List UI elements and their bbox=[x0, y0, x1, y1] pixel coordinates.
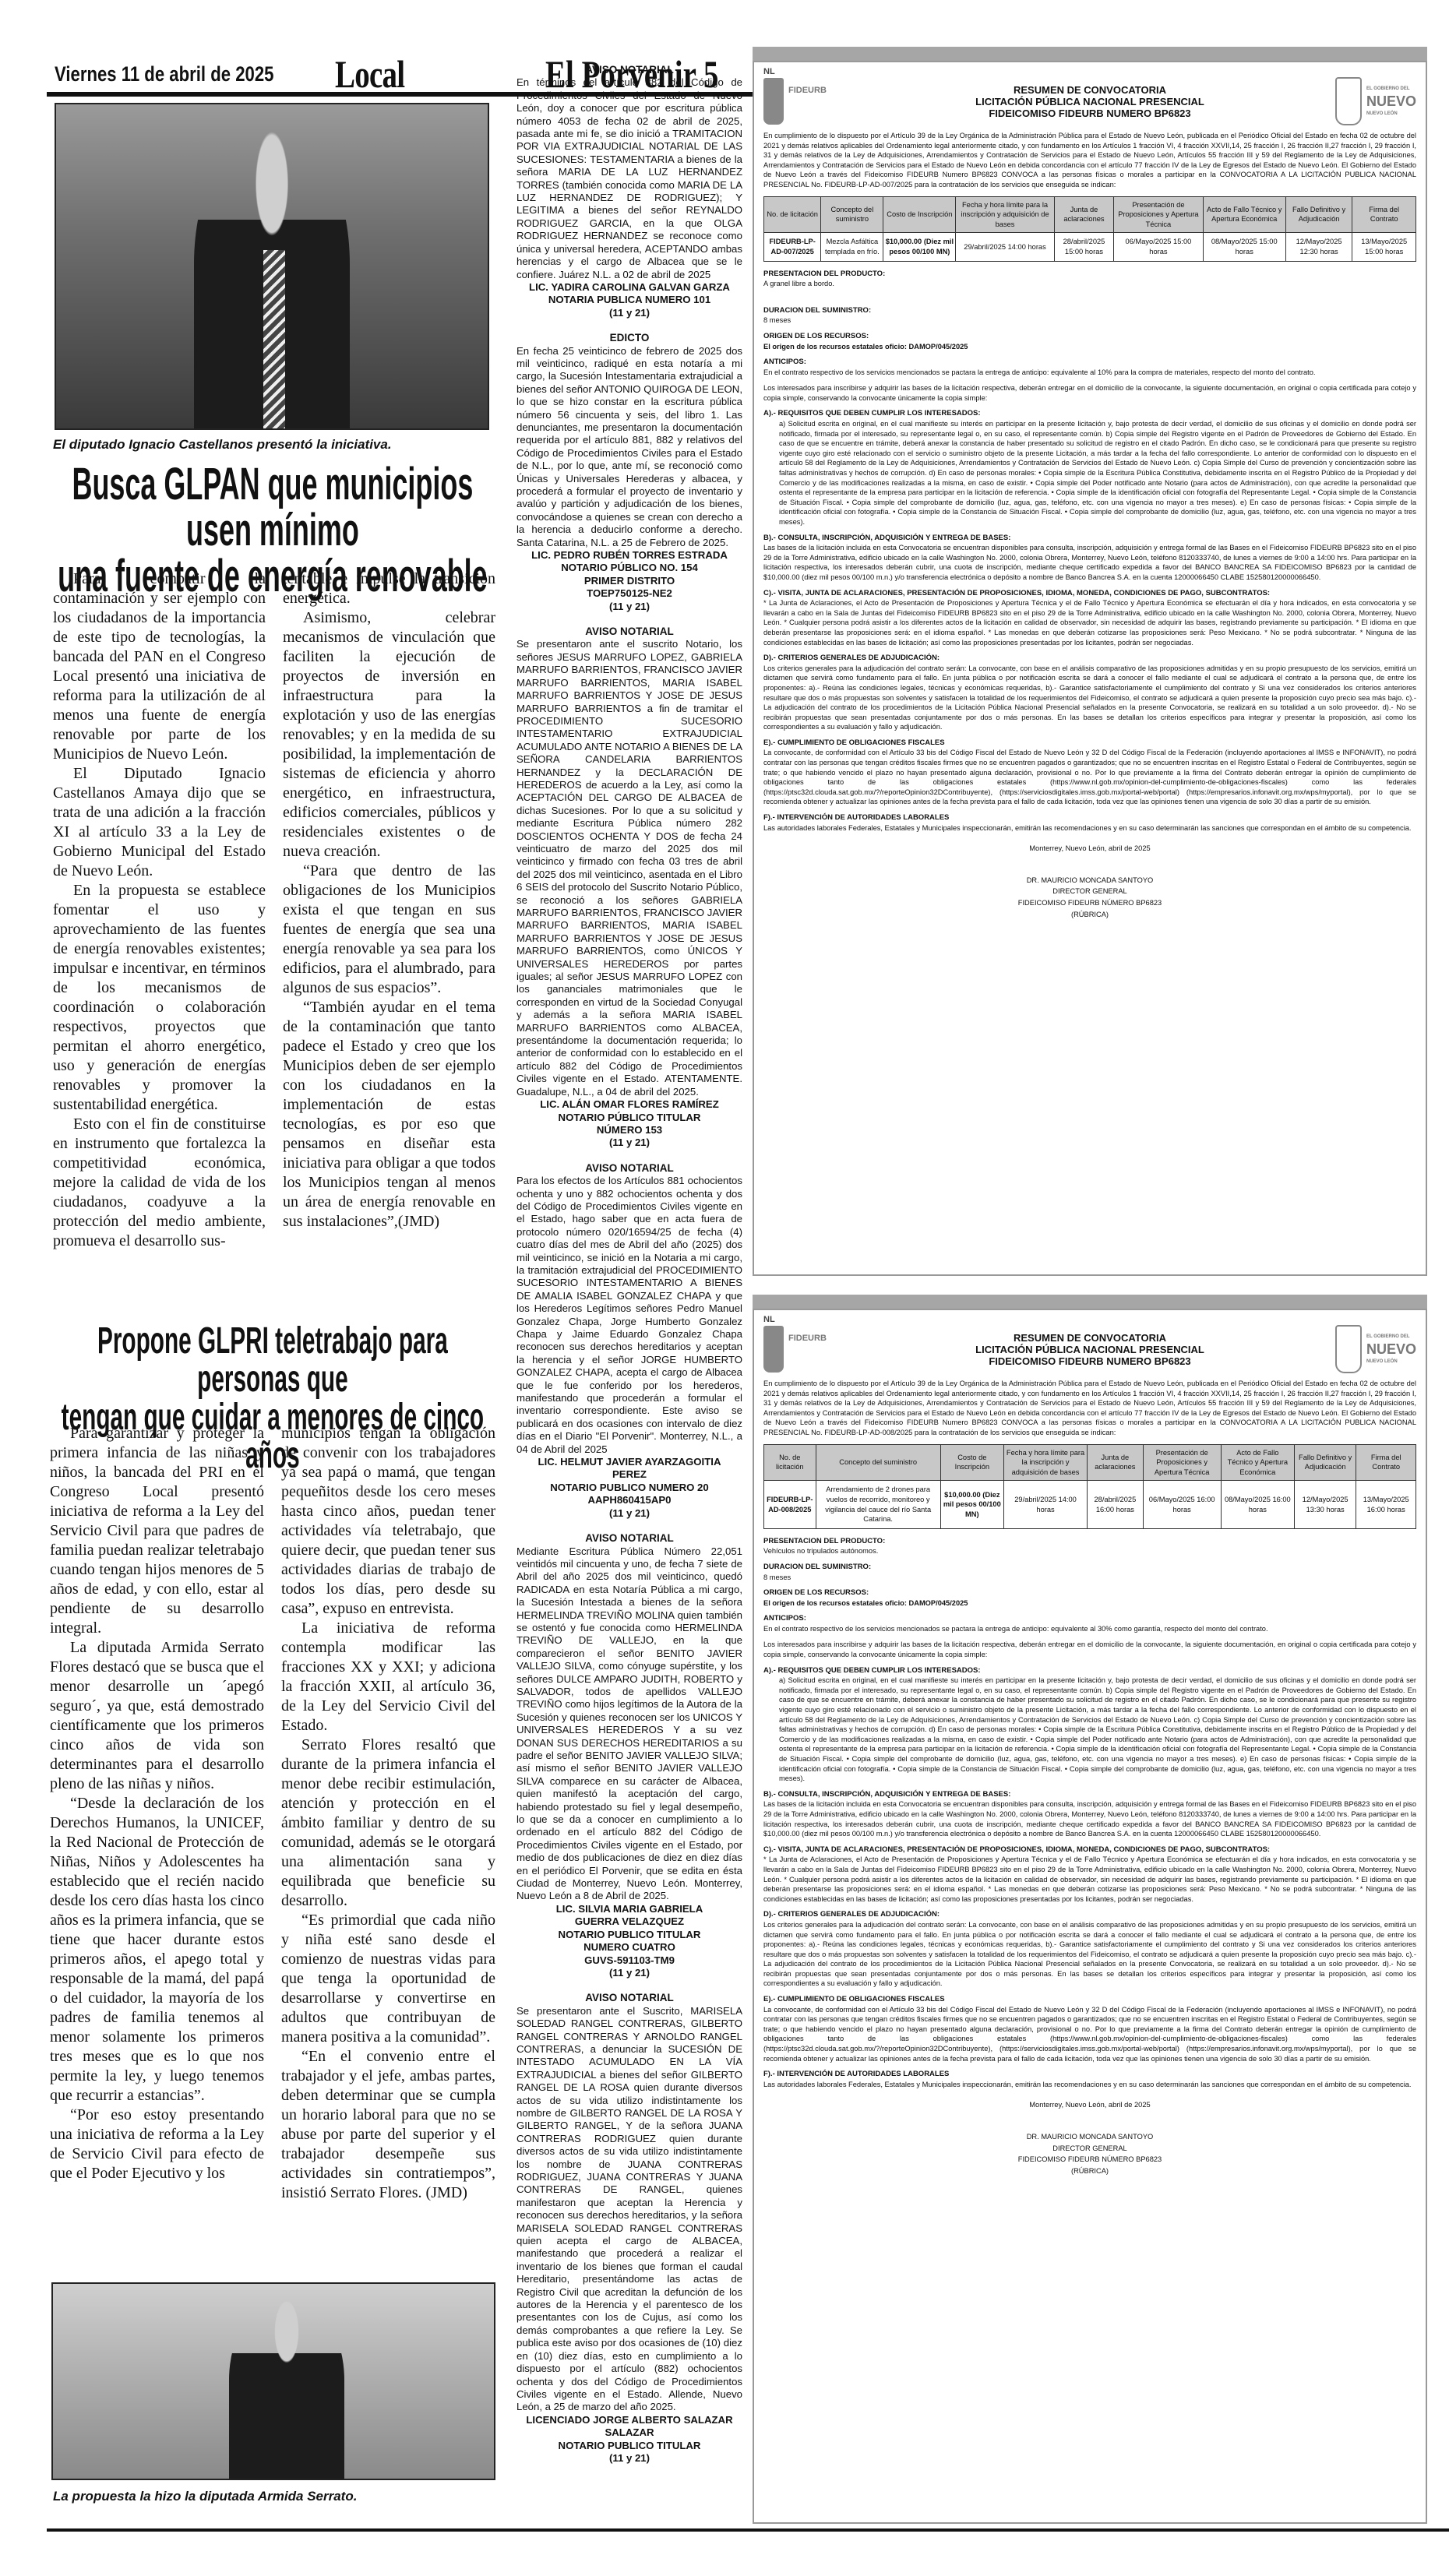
section-text: Las autoridades laborales Federales, Est… bbox=[763, 823, 1416, 833]
paragraph: La iniciativa de reforma contempla modif… bbox=[281, 1619, 495, 1736]
lion-shield-icon bbox=[763, 78, 784, 125]
signer-org: FIDEICOMISO FIDEURB NÚMERO BP6823 bbox=[763, 2155, 1416, 2165]
notice-item: EDICTO En fecha 25 veinticinco de febrer… bbox=[516, 332, 742, 613]
notice-item: AVISO NOTARIAL Para los efectos de los A… bbox=[516, 1162, 742, 1520]
section-text: Vehículos no tripulados autónomos. bbox=[763, 1546, 1416, 1556]
cell: Arrendamiento de 2 drones para vuelos de… bbox=[816, 1481, 940, 1528]
title-line: RESUMEN DE CONVOCATORIA bbox=[975, 84, 1204, 96]
paragraph: “Es primordial que cada niño y niña esté… bbox=[281, 1911, 495, 2047]
convocatoria-box: FIDEURB RESUMEN DE CONVOCATORIA LICITACI… bbox=[753, 1309, 1427, 2524]
gobierno-nl-logo: EL GOBIERNO DELNUEVONUEVO LEÓN bbox=[1292, 1325, 1416, 1373]
paragraph: Serrato Flores resaltó que durante de la… bbox=[281, 1736, 495, 1911]
convocatoria-ad-007: FIDEURB RESUMEN DE CONVOCATORIA LICITACI… bbox=[753, 47, 1427, 1276]
notice-body: Se presentaron ante el Suscrito, MARISEL… bbox=[516, 2005, 742, 2414]
signature-block: Monterrey, Nuevo León, abril de 2025 DR.… bbox=[763, 844, 1416, 919]
col-header: Acto de Fallo Técnico y Apertura Económi… bbox=[1203, 196, 1285, 233]
col-header: Fallo Definitivo y Adjudicación bbox=[1294, 1444, 1356, 1481]
gobierno-nl-logo: EL GOBIERNO DELNUEVONUEVO LEÓN bbox=[1292, 77, 1416, 125]
intro-text: En cumplimiento de lo dispuesto por el A… bbox=[763, 131, 1416, 190]
col-header: No. de licitación bbox=[764, 1444, 816, 1481]
paragraph: En la propuesta se establece fomentar el… bbox=[53, 881, 266, 1115]
col-header: Fecha y hora límite para la inscripción … bbox=[1003, 1444, 1087, 1481]
cell: 29/abril/2025 14:00 horas bbox=[1003, 1481, 1087, 1528]
article1-body: Para combatir la contaminación y ser eje… bbox=[53, 569, 495, 1251]
section-label: PRESENTACION DEL PRODUCTO: bbox=[763, 1537, 1416, 1547]
state-crest-icon bbox=[1335, 1325, 1362, 1373]
title-line: FIDEICOMISO FIDEURB NUMERO BP6823 bbox=[975, 107, 1204, 119]
section-text: 8 meses bbox=[763, 315, 1416, 326]
cell: FIDEURB-LP-AD-008/2025 bbox=[764, 1481, 816, 1528]
photo-caption: La propuesta la hizo la diputada Armida … bbox=[53, 2489, 489, 2504]
section-text: La convocante, de conformidad con el Art… bbox=[763, 748, 1416, 807]
section-label: ORIGEN DE LOS RECURSOS: bbox=[763, 332, 1416, 342]
table-row: FIDEURB-LP-AD-007/2025 Mezcla Asfáltica … bbox=[764, 233, 1416, 261]
paragraph: “También ayudar en el tema de la contami… bbox=[283, 998, 495, 1232]
paragraph: Esto con el fin de constituirse en instr… bbox=[53, 1115, 266, 1251]
section-label: D).- CRITERIOS GENERALES DE ADJUDICACIÓN… bbox=[763, 654, 1416, 664]
notice-body: En términos del artículo 882 del Código … bbox=[516, 76, 742, 281]
paragraph: La diputada Armida Serrato Flores destac… bbox=[50, 1638, 264, 1794]
col-header: Fallo Definitivo y Adjudicación bbox=[1285, 196, 1352, 233]
table-header-row: No. de licitación Concepto del suministr… bbox=[764, 196, 1416, 233]
col-header: Junta de aclaraciones bbox=[1088, 1444, 1143, 1481]
section-label: B).- CONSULTA, INSCRIPCIÓN, ADQUISICIÓN … bbox=[763, 534, 1416, 544]
section-text: Los interesados para inscribirse y adqui… bbox=[763, 383, 1416, 403]
state-crest-icon bbox=[1335, 77, 1362, 125]
section-text: * La Junta de Aclaraciones, el Acto de P… bbox=[763, 1855, 1416, 1904]
paragraph: “Para que dentro de las obligaciones de … bbox=[283, 862, 495, 998]
section-text: 8 meses bbox=[763, 1573, 1416, 1583]
section-name: Local bbox=[335, 51, 404, 97]
article1-col1: Para combatir la contaminación y ser eje… bbox=[53, 569, 266, 1251]
article1-col2: tentable e impulse la transición energét… bbox=[283, 569, 495, 1251]
section-label: A).- REQUISITOS QUE DEBEN CUMPLIR LOS IN… bbox=[763, 409, 1416, 419]
fideurb-label: FIDEURB bbox=[788, 1334, 827, 1344]
section-text: La convocante, de conformidad con el Art… bbox=[763, 2005, 1416, 2064]
section-label: PRESENTACION DEL PRODUCTO: bbox=[763, 270, 1416, 280]
col-header: Firma del Contrato bbox=[1356, 1444, 1416, 1481]
cell: 29/abril/2025 14:00 horas bbox=[956, 233, 1055, 261]
col-header: Costo de Inscripción bbox=[940, 1444, 1003, 1481]
title-line: FIDEICOMISO FIDEURB NUMERO BP6823 bbox=[975, 1355, 1204, 1367]
cell: 13/Mayo/2025 16:00 horas bbox=[1356, 1481, 1416, 1528]
convocatoria-title: RESUMEN DE CONVOCATORIA LICITACIÓN PÚBLI… bbox=[975, 1332, 1204, 1367]
nuevo-logo-text: EL GOBIERNO DELNUEVONUEVO LEÓN bbox=[1366, 83, 1416, 120]
section-label: E).- CUMPLIMIENTO DE OBLIGACIONES FISCAL… bbox=[763, 1995, 1416, 2005]
cell: FIDEURB-LP-AD-007/2025 bbox=[764, 233, 821, 261]
notice-body: Se presentaron ante el suscrito Notario,… bbox=[516, 638, 742, 1098]
col-header: Acto de Fallo Técnico y Apertura Económi… bbox=[1221, 1444, 1294, 1481]
signer-org: FIDEICOMISO FIDEURB NÚMERO BP6823 bbox=[763, 898, 1416, 908]
notice-title: AVISO NOTARIAL bbox=[516, 64, 742, 76]
issue-date: Viernes 11 de abril de 2025 bbox=[55, 62, 273, 86]
notice-title: EDICTO bbox=[516, 332, 742, 344]
paragraph: tentable e impulse la transición energét… bbox=[283, 569, 495, 608]
signature-block: Monterrey, Nuevo León, abril de 2025 DR.… bbox=[763, 2100, 1416, 2176]
notice-signature: LIC. PEDRO RUBÉN TORRES ESTRADA NOTARIO … bbox=[516, 549, 742, 613]
cell: Mezcla Asfáltica templada en frío. bbox=[821, 233, 883, 261]
section-label: D).- CRITERIOS GENERALES DE ADJUDICACIÓN… bbox=[763, 1910, 1416, 1920]
section-text: En el contrato respectivo de los servici… bbox=[763, 368, 1416, 378]
place-date: Monterrey, Nuevo León, abril de 2025 bbox=[763, 844, 1416, 854]
article2-col1: Para garantizar y proteger la primera in… bbox=[50, 1424, 264, 2203]
licitacion-table: No. de licitación Concepto del suministr… bbox=[763, 196, 1416, 262]
logo-main: NUEVO bbox=[1366, 1341, 1416, 1357]
notice-item: AVISO NOTARIAL Mediante Escritura Públic… bbox=[516, 1532, 742, 1979]
col-header: Presentación de Proposiciones y Apertura… bbox=[1143, 1444, 1221, 1481]
signer-name: DR. MAURICIO MONCADA SANTOYO bbox=[763, 876, 1416, 886]
nuevo-logo-text: EL GOBIERNO DELNUEVONUEVO LEÓN bbox=[1366, 1330, 1416, 1368]
cell: $10,000.00 (Diez mil pesos 00/100 MN) bbox=[883, 233, 956, 261]
paragraph: Asimismo, celebrar mecanismos de vincula… bbox=[283, 608, 495, 862]
cell: 12/Mayo/2025 12:30 horas bbox=[1285, 233, 1352, 261]
col-header: Firma del Contrato bbox=[1352, 196, 1416, 233]
section-text: Los criterios generales para la adjudica… bbox=[763, 1920, 1416, 1989]
signer-note: (RÚBRICA) bbox=[763, 910, 1416, 920]
header-bar bbox=[753, 1295, 1427, 1309]
photo-caption: El diputado Ignacio Castellanos presentó… bbox=[53, 437, 489, 453]
notice-body: En fecha 25 veinticinco de febrero de 20… bbox=[516, 345, 742, 550]
article2-col2: municipios tengan la obligación de conve… bbox=[281, 1424, 495, 2203]
notice-signature: LICENCIADO JORGE ALBERTO SALAZAR SALAZAR… bbox=[516, 2414, 742, 2465]
section-text: a) Solicitud escrita en original, en el … bbox=[763, 1676, 1416, 1784]
signer-role: DIRECTOR GENERAL bbox=[763, 2144, 1416, 2154]
photo-ignacio-castellanos bbox=[55, 103, 489, 430]
section-label: C).- VISITA, JUNTA DE ACLARACIONES, PRES… bbox=[763, 1845, 1416, 1855]
fideurb-logo: FIDEURB bbox=[763, 78, 888, 125]
cell: 28/abril/2025 15:00 horas bbox=[1054, 233, 1113, 261]
section-text: * La Junta de Aclaraciones, el Acto de P… bbox=[763, 598, 1416, 647]
notice-signature: LIC. YADIRA CAROLINA GALVAN GARZA NOTARI… bbox=[516, 281, 742, 319]
section-label: B).- CONSULTA, INSCRIPCIÓN, ADQUISICIÓN … bbox=[763, 1790, 1416, 1800]
paragraph: El Diputado Ignacio Castellanos Amaya di… bbox=[53, 764, 266, 881]
notice-body: Para los efectos de los Artículos 881 oc… bbox=[516, 1175, 742, 1456]
section-label: ANTICIPOS: bbox=[763, 358, 1416, 368]
section-text: A granel libre a bordo. bbox=[763, 279, 1416, 289]
signer-name: DR. MAURICIO MONCADA SANTOYO bbox=[763, 2132, 1416, 2142]
cell: 08/Mayo/2025 16:00 horas bbox=[1221, 1481, 1294, 1528]
section-label: C).- VISITA, JUNTA DE ACLARACIONES, PRES… bbox=[763, 589, 1416, 599]
cell: 06/Mayo/2025 15:00 horas bbox=[1114, 233, 1204, 261]
section-label: DURACION DEL SUMINISTRO: bbox=[763, 1563, 1416, 1573]
section-text: a) Solicitud escrita en original, en el … bbox=[763, 419, 1416, 527]
notice-title: AVISO NOTARIAL bbox=[516, 1992, 742, 2004]
notice-signature: LIC. SILVIA MARIA GABRIELA GUERRA VELAZQ… bbox=[516, 1903, 742, 1979]
licitacion-table: No. de licitación Concepto del suministr… bbox=[763, 1444, 1416, 1529]
legal-notices-column: AVISO NOTARIAL En términos del artículo … bbox=[516, 64, 742, 2477]
notice-signature: LIC. HELMUT JAVIER AYARZAGOITIA PEREZ NO… bbox=[516, 1456, 742, 1520]
section-text: Las bases de la licitación incluida en e… bbox=[763, 1799, 1416, 1838]
section-text: Las autoridades laborales Federales, Est… bbox=[763, 2080, 1416, 2090]
logo-main: NUEVO bbox=[1366, 93, 1416, 109]
cell: $10,000.00 (Diez mil pesos 00/100 MN) bbox=[940, 1481, 1003, 1528]
notice-body: Mediante Escritura Pública Número 22,051… bbox=[516, 1545, 742, 1903]
convocatoria-title: RESUMEN DE CONVOCATORIA LICITACIÓN PÚBLI… bbox=[975, 84, 1204, 119]
col-header: Concepto del suministro bbox=[821, 196, 883, 233]
notice-title: AVISO NOTARIAL bbox=[516, 1532, 742, 1545]
table-header-row: No. de licitación Concepto del suministr… bbox=[764, 1444, 1416, 1481]
section-text: En el contrato respectivo de los servici… bbox=[763, 1624, 1416, 1634]
paragraph: Para combatir la contaminación y ser eje… bbox=[53, 569, 266, 764]
place-date: Monterrey, Nuevo León, abril de 2025 bbox=[763, 2100, 1416, 2110]
convocatoria-header: FIDEURB RESUMEN DE CONVOCATORIA LICITACI… bbox=[763, 72, 1416, 131]
section-text: Las bases de la licitación incluida en e… bbox=[763, 543, 1416, 582]
cell: 12/Mayo/2025 13:30 horas bbox=[1294, 1481, 1356, 1528]
section-text: Los criterios generales para la adjudica… bbox=[763, 664, 1416, 732]
paragraph: “Por eso estoy presentando una iniciativ… bbox=[50, 2106, 264, 2183]
section-label: ORIGEN DE LOS RECURSOS: bbox=[763, 1588, 1416, 1598]
logo-sub: NUEVO LEÓN bbox=[1366, 107, 1416, 120]
section-label: ANTICIPOS: bbox=[763, 1614, 1416, 1624]
col-header: Fecha y hora límite para la inscripción … bbox=[956, 196, 1055, 233]
title-line: LICITACIÓN PÚBLICA NACIONAL PRESENCIAL bbox=[975, 1344, 1204, 1355]
convocatoria-header: FIDEURB RESUMEN DE CONVOCATORIA LICITACI… bbox=[763, 1320, 1416, 1379]
footer-rule bbox=[47, 2528, 1449, 2532]
convocatoria-ad-008: FIDEURB RESUMEN DE CONVOCATORIA LICITACI… bbox=[753, 1295, 1427, 2524]
cell: 13/Mayo/2025 15:00 horas bbox=[1352, 233, 1416, 261]
section-text: El origen de los recursos estatales ofic… bbox=[763, 1598, 1416, 1609]
signer-role: DIRECTOR GENERAL bbox=[763, 886, 1416, 897]
section-label: F).- INTERVENCIÓN DE AUTORIDADES LABORAL… bbox=[763, 813, 1416, 823]
section-text: El origen de los recursos estatales ofic… bbox=[763, 342, 1416, 352]
article2-body: Para garantizar y proteger la primera in… bbox=[50, 1424, 495, 2203]
headline-line1: Propone GLPRI teletrabajo para personas … bbox=[48, 1323, 499, 1399]
fideurb-label: FIDEURB bbox=[788, 86, 827, 96]
notice-title: AVISO NOTARIAL bbox=[516, 1162, 742, 1175]
person-figure bbox=[229, 2299, 344, 2479]
intro-text: En cumplimiento de lo dispuesto por el A… bbox=[763, 1379, 1416, 1438]
paragraph: “En el convenio entre el trabajador y el… bbox=[281, 2047, 495, 2203]
col-header: Costo de Inscripción bbox=[883, 196, 956, 233]
fideurb-logo: FIDEURB bbox=[763, 1326, 888, 1373]
cell: 08/Mayo/2025 15:00 horas bbox=[1203, 233, 1285, 261]
paragraph: municipios tengan la obligación de conve… bbox=[281, 1424, 495, 1619]
title-line: RESUMEN DE CONVOCATORIA bbox=[975, 1332, 1204, 1344]
paragraph: Para garantizar y proteger la primera in… bbox=[50, 1424, 264, 1638]
notice-item: AVISO NOTARIAL En términos del artículo … bbox=[516, 64, 742, 319]
headline-line1: Busca GLPAN que municipios usen mínimo bbox=[48, 461, 499, 553]
notice-item: AVISO NOTARIAL Se presentaron ante el su… bbox=[516, 625, 742, 1150]
section-text: Los interesados para inscribirse y adqui… bbox=[763, 1640, 1416, 1659]
notice-item: AVISO NOTARIAL Se presentaron ante el Su… bbox=[516, 1992, 742, 2465]
title-line: LICITACIÓN PÚBLICA NACIONAL PRESENCIAL bbox=[975, 96, 1204, 107]
photo-armida-serrato bbox=[51, 2282, 495, 2480]
notice-signature: LIC. ALÁN OMAR FLORES RAMÍREZ NOTARIO PÚ… bbox=[516, 1098, 742, 1150]
section-label: A).- REQUISITOS QUE DEBEN CUMPLIR LOS IN… bbox=[763, 1666, 1416, 1676]
notice-title: AVISO NOTARIAL bbox=[516, 625, 742, 638]
col-header: Concepto del suministro bbox=[816, 1444, 940, 1481]
lion-shield-icon bbox=[763, 1326, 784, 1373]
col-header: No. de licitación bbox=[764, 196, 821, 233]
table-row: FIDEURB-LP-AD-008/2025 Arrendamiento de … bbox=[764, 1481, 1416, 1528]
cell: 06/Mayo/2025 16:00 horas bbox=[1143, 1481, 1221, 1528]
col-header: Junta de aclaraciones bbox=[1054, 196, 1113, 233]
section-label: DURACION DEL SUMINISTRO: bbox=[763, 306, 1416, 316]
section-label: F).- INTERVENCIÓN DE AUTORIDADES LABORAL… bbox=[763, 2070, 1416, 2080]
paragraph: “Desde la declaración de los Derechos Hu… bbox=[50, 1794, 264, 2106]
convocatoria-box: FIDEURB RESUMEN DE CONVOCATORIA LICITACI… bbox=[753, 61, 1427, 1276]
header-bar bbox=[753, 47, 1427, 61]
logo-sub: NUEVO LEÓN bbox=[1366, 1355, 1416, 1368]
cell: 28/abril/2025 16:00 horas bbox=[1088, 1481, 1143, 1528]
col-header: Presentación de Proposiciones y Apertura… bbox=[1114, 196, 1204, 233]
section-label: E).- CUMPLIMIENTO DE OBLIGACIONES FISCAL… bbox=[763, 738, 1416, 749]
signer-note: (RÚBRICA) bbox=[763, 2166, 1416, 2176]
tie-stripes bbox=[263, 250, 285, 428]
